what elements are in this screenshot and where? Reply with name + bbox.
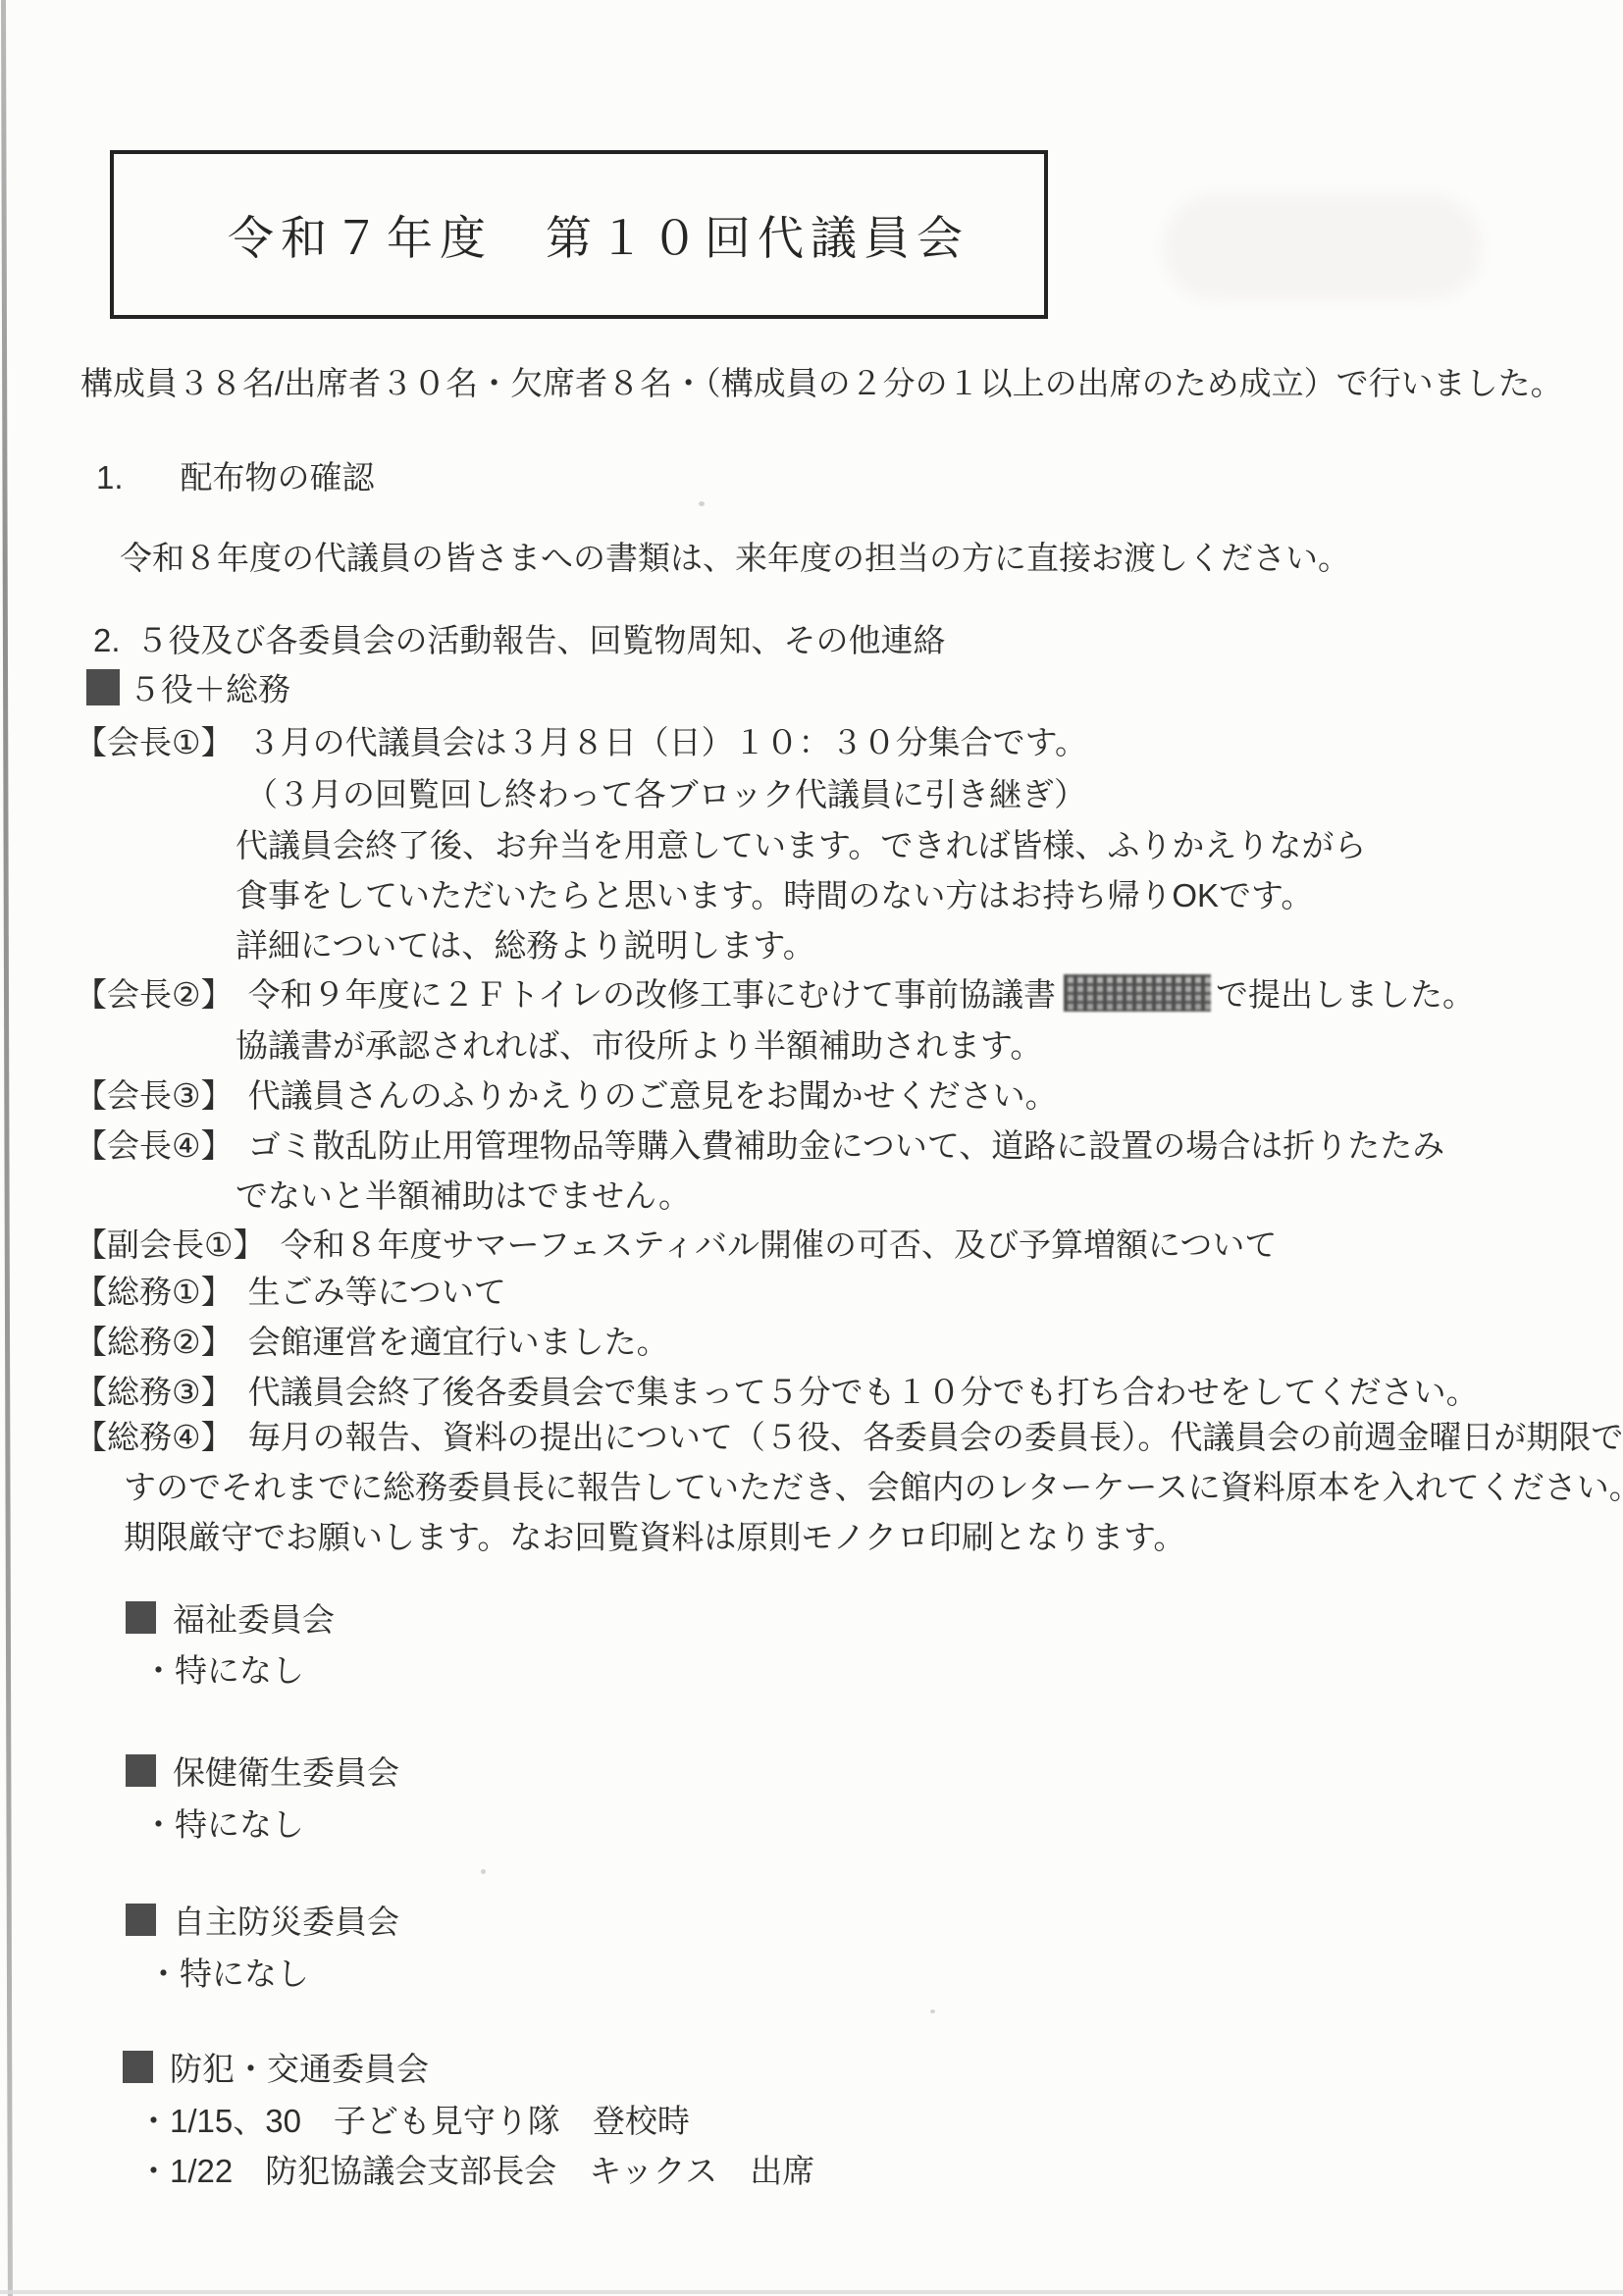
section1-title: 配布物の確認 [181, 457, 375, 497]
remark-label: 【副会長①】 [75, 1225, 266, 1265]
committee-header: 保健衛生委員会 [126, 1752, 399, 1793]
remark-text: 令和９年度に２Ｆトイレの改修工事にむけて事前協議書 [248, 974, 1056, 1015]
remark-continuation: でないと半額補助はでません。 [236, 1175, 691, 1216]
section-marker-icon [123, 2051, 153, 2083]
scan-bottom-edge-artifact [0, 2290, 1623, 2294]
committee-name: 保健衛生委員会 [173, 1752, 399, 1793]
remark-line: 【総務④】 毎月の報告、資料の提出について（５役、各委員会の委員長）。代議員会の… [75, 1417, 1623, 1457]
remark-text: 令和８年度サマーフェスティバル開催の可否、及び予算増額について [281, 1225, 1278, 1265]
remark-continuation: 協議書が承認されれば、市役所より半額補助されます。 [236, 1025, 1042, 1066]
committee-bullet: ・特になし [142, 1804, 304, 1845]
remark-line: 【会長②】 令和９年度に２Ｆトイレの改修工事にむけて事前協議書 で提出しました。 [75, 974, 1475, 1015]
committee-bullet: ・特になし [147, 1954, 309, 1994]
remark-continuation: 詳細については、総務より説明します。 [236, 925, 815, 965]
section1-heading: 1. 配布物の確認 [96, 457, 375, 497]
committee-name: 福祉委員会 [173, 1599, 335, 1640]
remark-continuation: 期限厳守でお願いします。なお回覧資料は原則モノクロ印刷となります。 [124, 1517, 1185, 1557]
remark-label: 【総務③】 [75, 1372, 234, 1412]
remark-line: 【総務①】 生ごみ等について [75, 1272, 506, 1312]
section1-body: 令和８年度の代議員の皆さまへの書類は、来年度の担当の方に直接お渡しください。 [120, 538, 1350, 578]
attendance-summary: 構成員３８名/出席者３０名・欠席者８名・（構成員の２分の１以上の出席のため成立）… [80, 363, 1563, 403]
remark-text: 代議員会終了後各委員会で集まって５分でも１０分でも打ち合わせをしてください。 [248, 1372, 1479, 1412]
section-marker-icon [126, 1754, 156, 1787]
remark-line: 【副会長①】 令和８年度サマーフェスティバル開催の可否、及び予算増額について [75, 1225, 1277, 1265]
committee-bullet: ・特になし [142, 1650, 304, 1691]
section-marker-icon [86, 669, 120, 705]
remark-label: 【会長④】 [75, 1125, 234, 1166]
section2-heading: 2. ５役及び各委員会の活動報告、回覧物周知、その他連絡 [93, 620, 946, 660]
section2-number: 2. [93, 620, 121, 660]
committee-bullet: ・1/15、30 子ども見守り隊 登校時 [137, 2101, 690, 2141]
page-title: 令和７年度 第１０回代議員会 [114, 202, 969, 268]
scan-smudge [1163, 194, 1482, 300]
remark-label: 【会長①】 [75, 722, 234, 762]
remark-text: ３月の代議員会は３月８日（日）１０：３０分集合です。 [248, 722, 1087, 762]
overprint-smudge [1064, 974, 1211, 1012]
remark-label: 【総務①】 [75, 1272, 234, 1312]
section2-title: ５役及び各委員会の活動報告、回覧物周知、その他連絡 [136, 620, 946, 660]
scanned-meeting-minutes-page: 令和７年度 第１０回代議員会 構成員３８名/出席者３０名・欠席者８名・（構成員の… [0, 0, 1623, 2296]
remark-text: 生ごみ等について [248, 1272, 506, 1312]
committee-header: 自主防災委員会 [126, 1902, 399, 1942]
committee-name: 防犯・交通委員会 [170, 2049, 429, 2089]
scan-speckle [481, 1869, 486, 1874]
remark-line: 【総務③】 代議員会終了後各委員会で集まって５分でも１０分でも打ち合わせをしてく… [75, 1372, 1479, 1412]
remark-text: 毎月の報告、資料の提出について（５役、各委員会の委員長）。代議員会の前週金曜日が… [248, 1417, 1623, 1457]
section1-number: 1. [96, 457, 124, 497]
officers-header: ５役＋総務 [86, 669, 290, 709]
committee-header: 防犯・交通委員会 [123, 2049, 429, 2089]
remark-line: 【会長④】 ゴミ散乱防止用管理物品等購入費補助金について、道路に設置の場合は折り… [75, 1125, 1444, 1166]
title-box: 令和７年度 第１０回代議員会 [110, 150, 1048, 319]
remark-continuation: 食事をしていただいたらと思います。時間のない方はお持ち帰りOKです。 [236, 875, 1313, 915]
scan-speckle [930, 2009, 935, 2013]
remark-continuation: すのでそれまでに総務委員長に報告していただき、会館内のレターケースに資料原本を入… [124, 1467, 1623, 1507]
committee-name: 自主防災委員会 [173, 1902, 399, 1942]
remark-continuation: （３月の回覧回し終わって各ブロック代議員に引き継ぎ） [245, 774, 1086, 814]
scan-speckle [699, 501, 705, 506]
scan-edge-artifact [1, 0, 13, 2296]
remark-label: 【会長②】 [75, 974, 234, 1015]
officers-header-label: ５役＋総務 [129, 669, 290, 709]
remark-continuation: 代議員会終了後、お弁当を用意しています。できれば皆様、ふりかえりながら [236, 825, 1366, 865]
remark-line: 【会長①】 ３月の代議員会は３月８日（日）１０：３０分集合です。 [75, 722, 1087, 762]
remark-line: 【総務②】 会館運営を適宜行いました。 [75, 1322, 669, 1362]
remark-label: 【総務④】 [75, 1417, 234, 1457]
remark-text: ゴミ散乱防止用管理物品等購入費補助金について、道路に設置の場合は折りたたみ [248, 1125, 1445, 1166]
section-marker-icon [126, 1904, 156, 1936]
remark-label: 【会長③】 [75, 1075, 234, 1116]
committee-header: 福祉委員会 [126, 1599, 335, 1640]
remark-label: 【総務②】 [75, 1322, 234, 1362]
remark-text-after: で提出しました。 [1216, 974, 1475, 1015]
remark-text: 会館運営を適宜行いました。 [248, 1322, 669, 1362]
section-marker-icon [126, 1601, 156, 1634]
committee-bullet: ・1/22 防犯協議会支部長会 キックス 出席 [137, 2151, 814, 2191]
remark-text: 代議員さんのふりかえりのご意見をお聞かせください。 [248, 1075, 1058, 1116]
remark-line: 【会長③】 代議員さんのふりかえりのご意見をお聞かせください。 [75, 1075, 1058, 1116]
